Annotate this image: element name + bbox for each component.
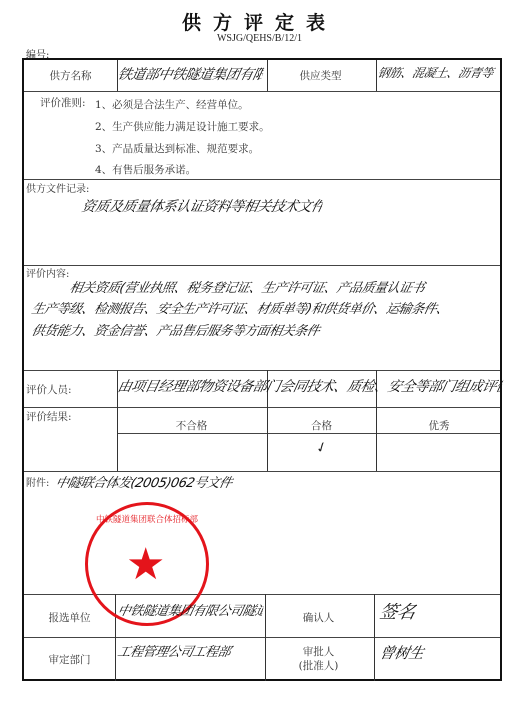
supplier-name-value: 铁道部中铁隧道集团有限公司 xyxy=(116,64,265,84)
form-code: WSJG/QEHS/B/12/1 xyxy=(0,33,519,44)
personnel-label: 评价人员: xyxy=(26,382,72,397)
result-option-fail: 不合格 xyxy=(117,418,266,433)
row-divider xyxy=(24,637,500,638)
content-line: 生产等级、检测报告、安全生产许可证、材质单等)和供货单价、运输条件、 xyxy=(30,298,504,317)
supply-type-value: 钢筋、混凝土、沥青等 xyxy=(376,64,504,81)
criteria-item: 3、产品质量达到标准、规范要求。 xyxy=(95,141,259,156)
confirm-signature: 签名 xyxy=(377,598,443,624)
content-line: 供货能力、资金信誉、产品售后服务等方面相关条件 xyxy=(30,320,504,339)
attachment-value: 中隧联合体发(2005)062号文件 xyxy=(54,472,298,491)
documents-label: 供方文件记录: xyxy=(26,180,89,195)
approver-sublabel: (批准人) xyxy=(264,658,373,673)
star-icon: ★ xyxy=(126,543,165,587)
documents-value: 资质及质量体系认证资料等相关技术文件 xyxy=(80,196,324,216)
row-divider xyxy=(24,265,500,266)
approver-label: 审批人 xyxy=(264,644,373,659)
criteria-item: 4、有售后服务承诺。 xyxy=(95,162,196,177)
row-divider xyxy=(24,91,500,92)
supplier-name-label: 供方名称 xyxy=(24,68,117,83)
criteria-label: 评价准则: xyxy=(40,95,86,110)
content-line: 相关资质(营业执照、税务登记证、生产许可证、产品质量认证书 xyxy=(68,277,502,296)
supply-type-label: 供应类型 xyxy=(266,68,375,83)
criteria-item: 1、必须是合法生产、经营单位。 xyxy=(95,97,249,112)
report-unit-value: 中铁隧道集团有限公司隧道工程部 xyxy=(116,600,265,619)
approver-signature: 曾树生 xyxy=(378,642,462,663)
col-divider xyxy=(374,594,375,681)
seal-text: 中铁隧道集团联合体招标部 xyxy=(94,513,200,525)
row-divider xyxy=(24,370,500,371)
form-title: 供方评定表 xyxy=(0,8,519,35)
criteria-item: 2、生产供应能力满足设计施工要求。 xyxy=(95,119,270,134)
personnel-value: 由项目经理部物资设备部门会同技术、质检、安全等部门组成评价小组 xyxy=(116,376,504,396)
content-label: 评价内容: xyxy=(26,265,69,280)
attachment-label: 附件: xyxy=(26,474,49,489)
result-label: 评价结果: xyxy=(26,409,72,424)
approval-dept-value: 工程管理公司工程部 xyxy=(116,641,265,660)
report-unit-label: 报选单位 xyxy=(24,610,115,625)
result-option-pass: 合格 xyxy=(267,418,376,433)
approval-dept-label: 审定部门 xyxy=(24,652,115,667)
confirm-label: 确认人 xyxy=(264,610,373,625)
row-divider xyxy=(24,179,500,180)
result-option-excellent: 优秀 xyxy=(376,418,502,433)
row-divider xyxy=(24,407,500,408)
row-divider xyxy=(117,433,500,434)
